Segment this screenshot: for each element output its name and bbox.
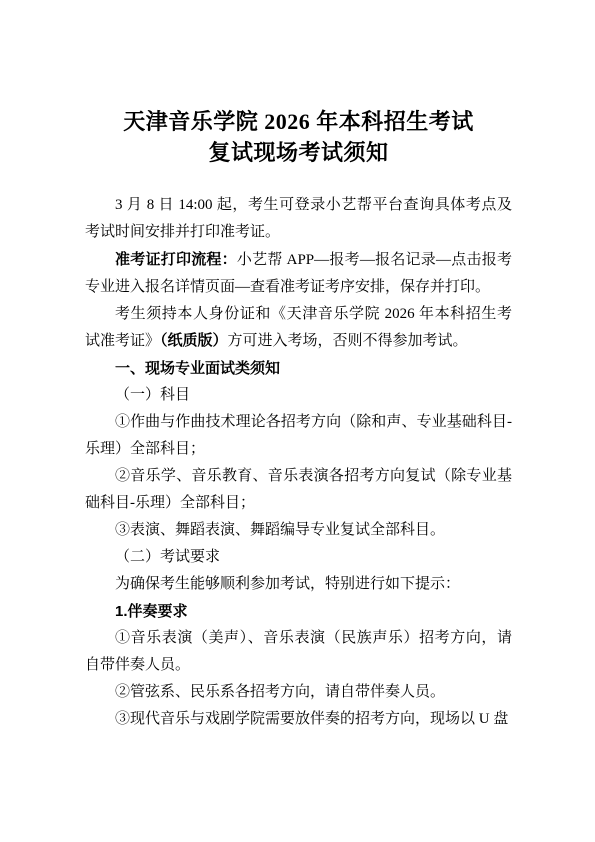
- accompaniment-item-1: ①音乐表演（美声）、音乐表演（民族声乐）招考方向，请自带伴奏人员。: [85, 625, 512, 679]
- document-content: 3 月 8 日 14:00 起，考生可登录小艺帮平台查询具体考点及考试时间安排并…: [85, 192, 512, 733]
- paragraph-print-time: 3 月 8 日 14:00 起，考生可登录小艺帮平台查询具体考点及考试时间安排并…: [85, 192, 512, 246]
- admission-ticket-paper-bold: （纸质版）: [160, 333, 228, 349]
- document-title: 天津音乐学院 2026 年本科招生考试 复试现场考试须知: [85, 106, 512, 168]
- requirements-intro: 为确保考生能够顺利参加考试，特别进行如下提示：: [85, 571, 512, 598]
- subject-item-1: ①作曲与作曲技术理论各招考方向（除和声、专业基础科目-乐理）全部科目；: [85, 409, 512, 463]
- subject-item-2: ②音乐学、音乐教育、音乐表演各招考方向复试（除专业基础科目-乐理）全部科目；: [85, 463, 512, 517]
- document-title-line1: 天津音乐学院 2026 年本科招生考试: [85, 106, 512, 137]
- print-procedure-lead: 准考证打印流程：: [115, 251, 237, 268]
- accompaniment-item-3: ③现代音乐与戏剧学院需要放伴奏的招考方向，现场以 U 盘: [85, 706, 512, 733]
- document-body: 天津音乐学院 2026 年本科招生考试 复试现场考试须知 3 月 8 日 14:…: [85, 106, 512, 733]
- section-heading-onsite-interview: 一、现场专业面试类须知: [85, 355, 512, 382]
- admission-ticket-post: 方可进入考场，否则不得参加考试。: [228, 333, 468, 349]
- document-title-line2: 复试现场考试须知: [85, 137, 512, 168]
- subject-item-3: ③表演、舞蹈表演、舞蹈编导专业复试全部科目。: [85, 517, 512, 544]
- heading-accompaniment-requirements: 1.伴奏要求: [85, 598, 512, 625]
- paragraph-admission-ticket: 考生须持本人身份证和《天津音乐学院 2026 年本科招生考试准考证》（纸质版）方…: [85, 301, 512, 355]
- paragraph-print-procedure: 准考证打印流程：小艺帮 APP—报考—报名记录—点击报考专业进入报名详情页面—查…: [85, 246, 512, 301]
- subsection-heading-requirements: （二）考试要求: [85, 544, 512, 571]
- subsection-heading-subjects: （一）科目: [85, 382, 512, 409]
- print-time-text: 3 月 8 日 14:00 起，考生可登录小艺帮平台查询具体考点及考试时间安排并…: [85, 197, 512, 240]
- accompaniment-item-2: ②管弦系、民乐系各招考方向，请自带伴奏人员。: [85, 679, 512, 706]
- document-page: 天津音乐学院 2026 年本科招生考试 复试现场考试须知 3 月 8 日 14:…: [0, 0, 595, 842]
